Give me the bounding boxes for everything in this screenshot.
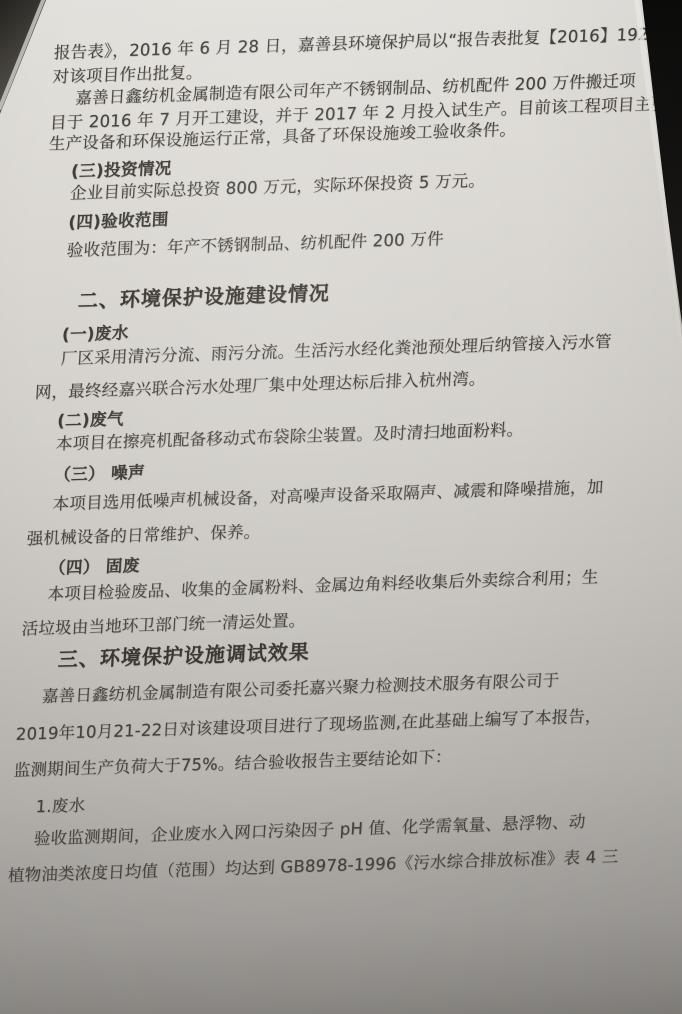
text-line: 植物油类浓度日均值（范围）均达到 GB8978-1996《污水综合排放标准》表 … — [7, 843, 619, 886]
text-line: 验收监测期间，企业废水入网口污染因子 pH 值、化学需氧量、悬浮物、动 — [33, 808, 586, 849]
photo-background: 报告表》，2016 年 6 月 28 日，嘉善县环境保护局以“报告表批复【201… — [0, 0, 682, 1014]
subsection-heading: (一)废水 — [62, 319, 130, 345]
subsection-heading: （四） 固废 — [48, 552, 140, 579]
text-line: 监测期间生产负荷大于75%。结合验收报告主要结论如下： — [13, 743, 452, 781]
text-line: 2019年10月21-22日对该建设项目进行了现场监测,在此基础上编写了本报告， — [15, 702, 602, 744]
subsection-heading: (四)验收范围 — [68, 206, 170, 233]
text-line: 报告表》，2016 年 6 月 28 日，嘉善县环境保护局以“报告表批复【201… — [53, 20, 680, 64]
text-line: 1.废水 — [35, 792, 86, 818]
subsection-heading: （三） 噪声 — [54, 459, 146, 486]
text-line: 网，最终经嘉兴联合污水处理厂集中处理达标后排入杭州湾。 — [34, 365, 486, 403]
text-line: 本项目在擦亮机配备移动式布袋除尘装置。及时清扫地面粉料。 — [55, 416, 524, 455]
text-line: 嘉善日鑫纺机金属制造有限公司委托嘉兴聚力检测技术服务有限公司于 — [41, 667, 560, 707]
text-line: 活垃圾由当地环卫部门统一清运处置。 — [21, 607, 306, 640]
text-line: 强机械设备的日常维护、保养。 — [26, 518, 261, 549]
section-heading: 三、环境保护设施调试效果 — [57, 636, 311, 673]
text-line: 厂区采用清污分流、雨污分流。生活污水经化粪池预处理后纳管接入污水管 — [60, 328, 612, 369]
document-text-block: 报告表》，2016 年 6 月 28 日，嘉善县环境保护局以“报告表批复【201… — [0, 0, 682, 1014]
subsection-heading: (二)废气 — [57, 405, 125, 431]
section-heading: 二、环境保护设施建设情况 — [77, 277, 331, 314]
